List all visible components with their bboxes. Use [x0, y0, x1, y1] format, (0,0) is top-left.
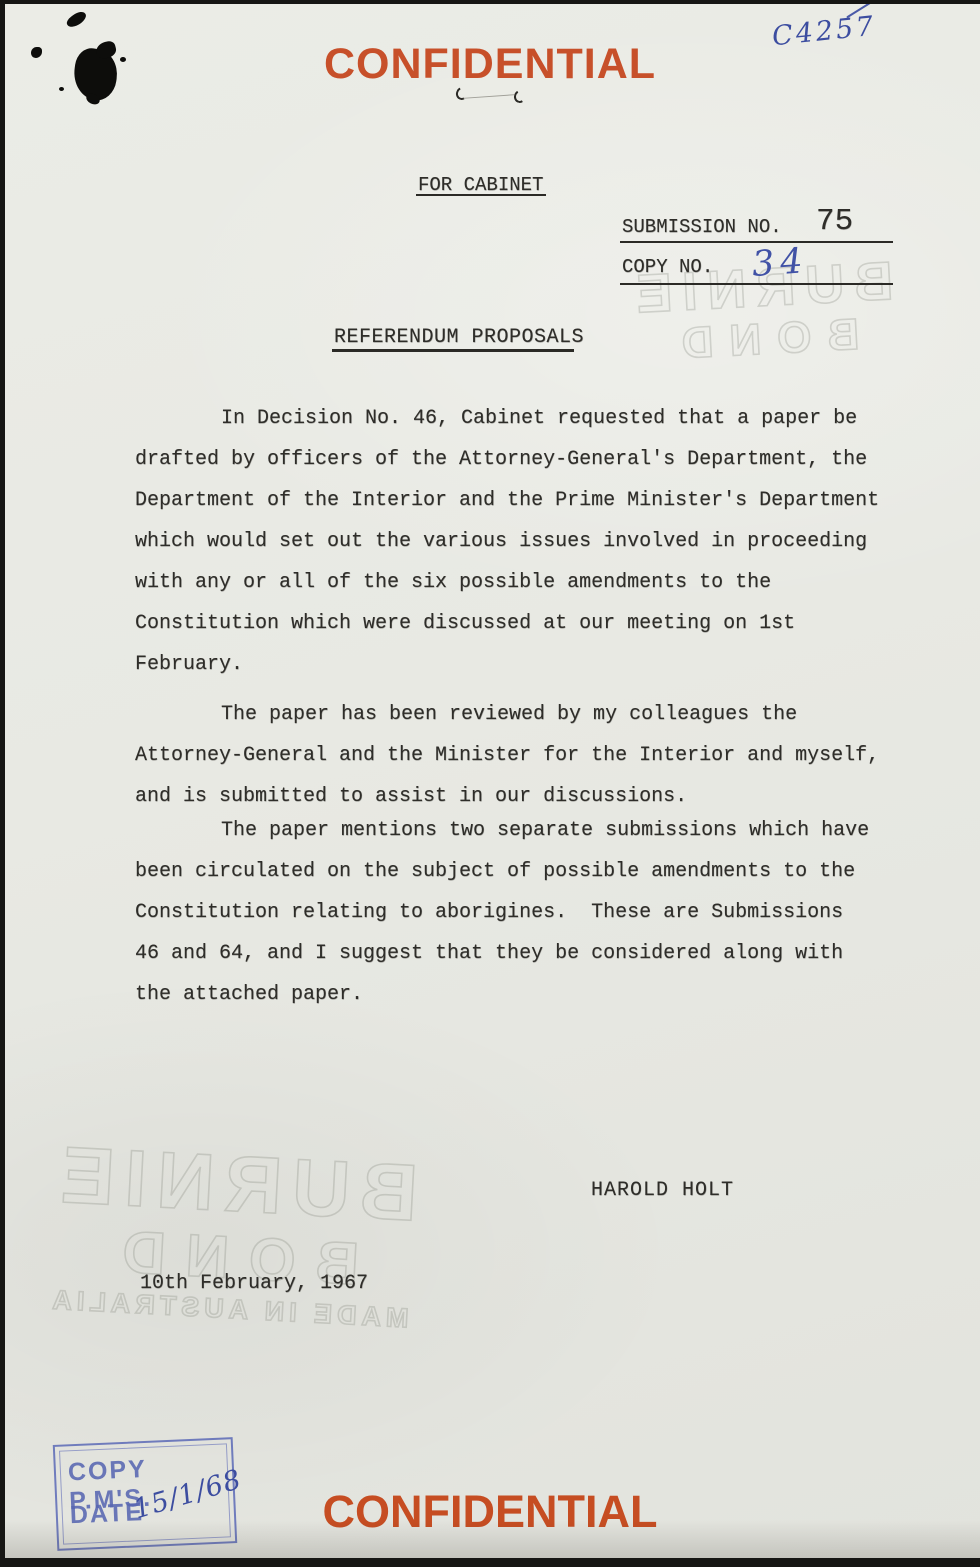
- underline: [416, 194, 546, 196]
- body-paragraph: In Decision No. 46, Cabinet requested th…: [135, 398, 910, 685]
- underline: [620, 241, 893, 243]
- signature-name: HAROLD HOLT: [591, 1179, 734, 1202]
- copy-no-value-handwritten: 34: [751, 241, 810, 285]
- classification-stamp-top: CONFIDENTIAL: [0, 40, 980, 89]
- ink-speck: [59, 87, 64, 91]
- copy-no-label: COPY NO.: [622, 256, 713, 278]
- document-page: BURNIE BOND BURNIE BOND MADE IN AUSTRALI…: [0, 0, 980, 1567]
- document-title: REFERENDUM PROPOSALS: [334, 326, 584, 349]
- document-date: 10th February, 1967: [140, 1272, 368, 1295]
- scan-edge-top: [0, 0, 980, 4]
- paper-edge-shadow: [0, 1520, 980, 1558]
- for-cabinet-heading: FOR CABINET: [418, 174, 543, 196]
- submission-no-label: SUBMISSION NO.: [622, 216, 782, 238]
- body-paragraph: The paper has been reviewed by my collea…: [135, 694, 910, 817]
- scan-edge-left: [0, 0, 5, 1567]
- scratch-line: [463, 94, 515, 99]
- underline: [620, 283, 893, 285]
- submission-no-value: 75: [816, 204, 853, 239]
- ink-speck: [120, 57, 126, 62]
- body-paragraph: The paper mentions two separate submissi…: [135, 810, 910, 1015]
- stray-mark: [513, 89, 528, 105]
- paper-watermark-bottom: BURNIE BOND MADE IN AUSTRALIA: [8, 1131, 457, 1335]
- scan-edge-bottom: [0, 1558, 980, 1567]
- title-underline: [332, 349, 574, 352]
- ink-speck: [65, 9, 89, 30]
